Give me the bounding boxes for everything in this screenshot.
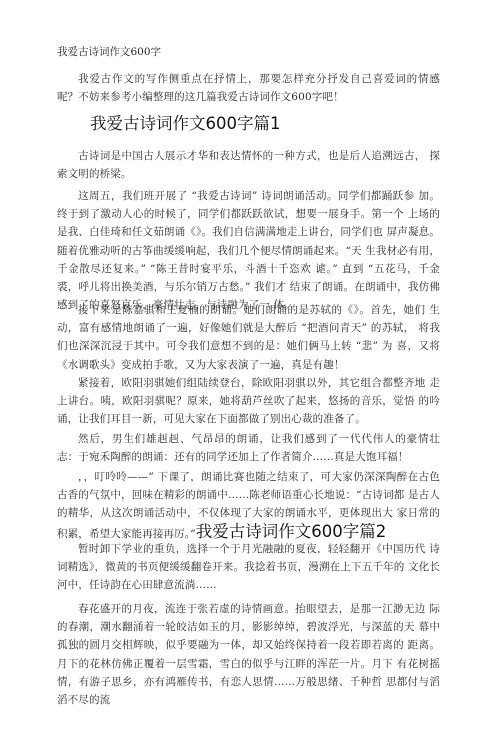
essay-1-heading: 我爱古诗词作文600字篇1 (90, 114, 281, 134)
essay-1-paragraph-6: ，，叮呤呤——” 下课了，朗诵比赛也随之结束了，可大家仍深深陶醉在古色古香的气氛… (57, 468, 440, 543)
essay-1-paragraph-2: 这周五，我们班开展了 “我爱古诗词” 诗词朗诵活动。同学们都踊跃参 加。终于到了… (57, 187, 440, 314)
essay-1-paragraph-3: 接下来是陈嘉骐和王夏楠的朗诵。她们朗诵的是苏轼的《》。首先，她们 生动，富有感情… (57, 301, 440, 374)
essay-2-paragraph-1: 暂时卸下学业的重负，选择一个于月光融融的夏夜，轻轻翻开《中国历代 诗词精选》，微… (57, 540, 440, 595)
essay-1-paragraph-4: 紧接着，欧阳羽骐她们组陆续登台，除欧阳羽骐以外，其它组合都整齐地 走上讲台。咦，… (57, 374, 440, 429)
essay-2-paragraph-2: 春花盛开的月夜，流连于张若虚的诗情画意。抬眼望去，是那一江渺无边 际的春潮，潮水… (57, 600, 440, 709)
document-title: 我爱古诗词作文600字 (57, 45, 161, 59)
essay-2-heading: 我爱古诗词作文600字篇2 (196, 522, 387, 541)
essay-1-paragraph-1: 古诗词是中国古人展示才华和表达情怀的一种方式，也是后人追溯远古， 探索文明的桥梁… (57, 147, 440, 183)
essay-1-paragraph-5: 然后，男生们雄赳赳、气昂昂的朗诵，让我们感到了一代代伟人的豪情壮 志：于宛禾陶醉… (57, 430, 440, 466)
intro-paragraph: 我爱古作文的写作侧重点在抒情上，那要怎样充分抒发自己喜爱词的情感 呢？不妨来参考… (57, 70, 440, 106)
